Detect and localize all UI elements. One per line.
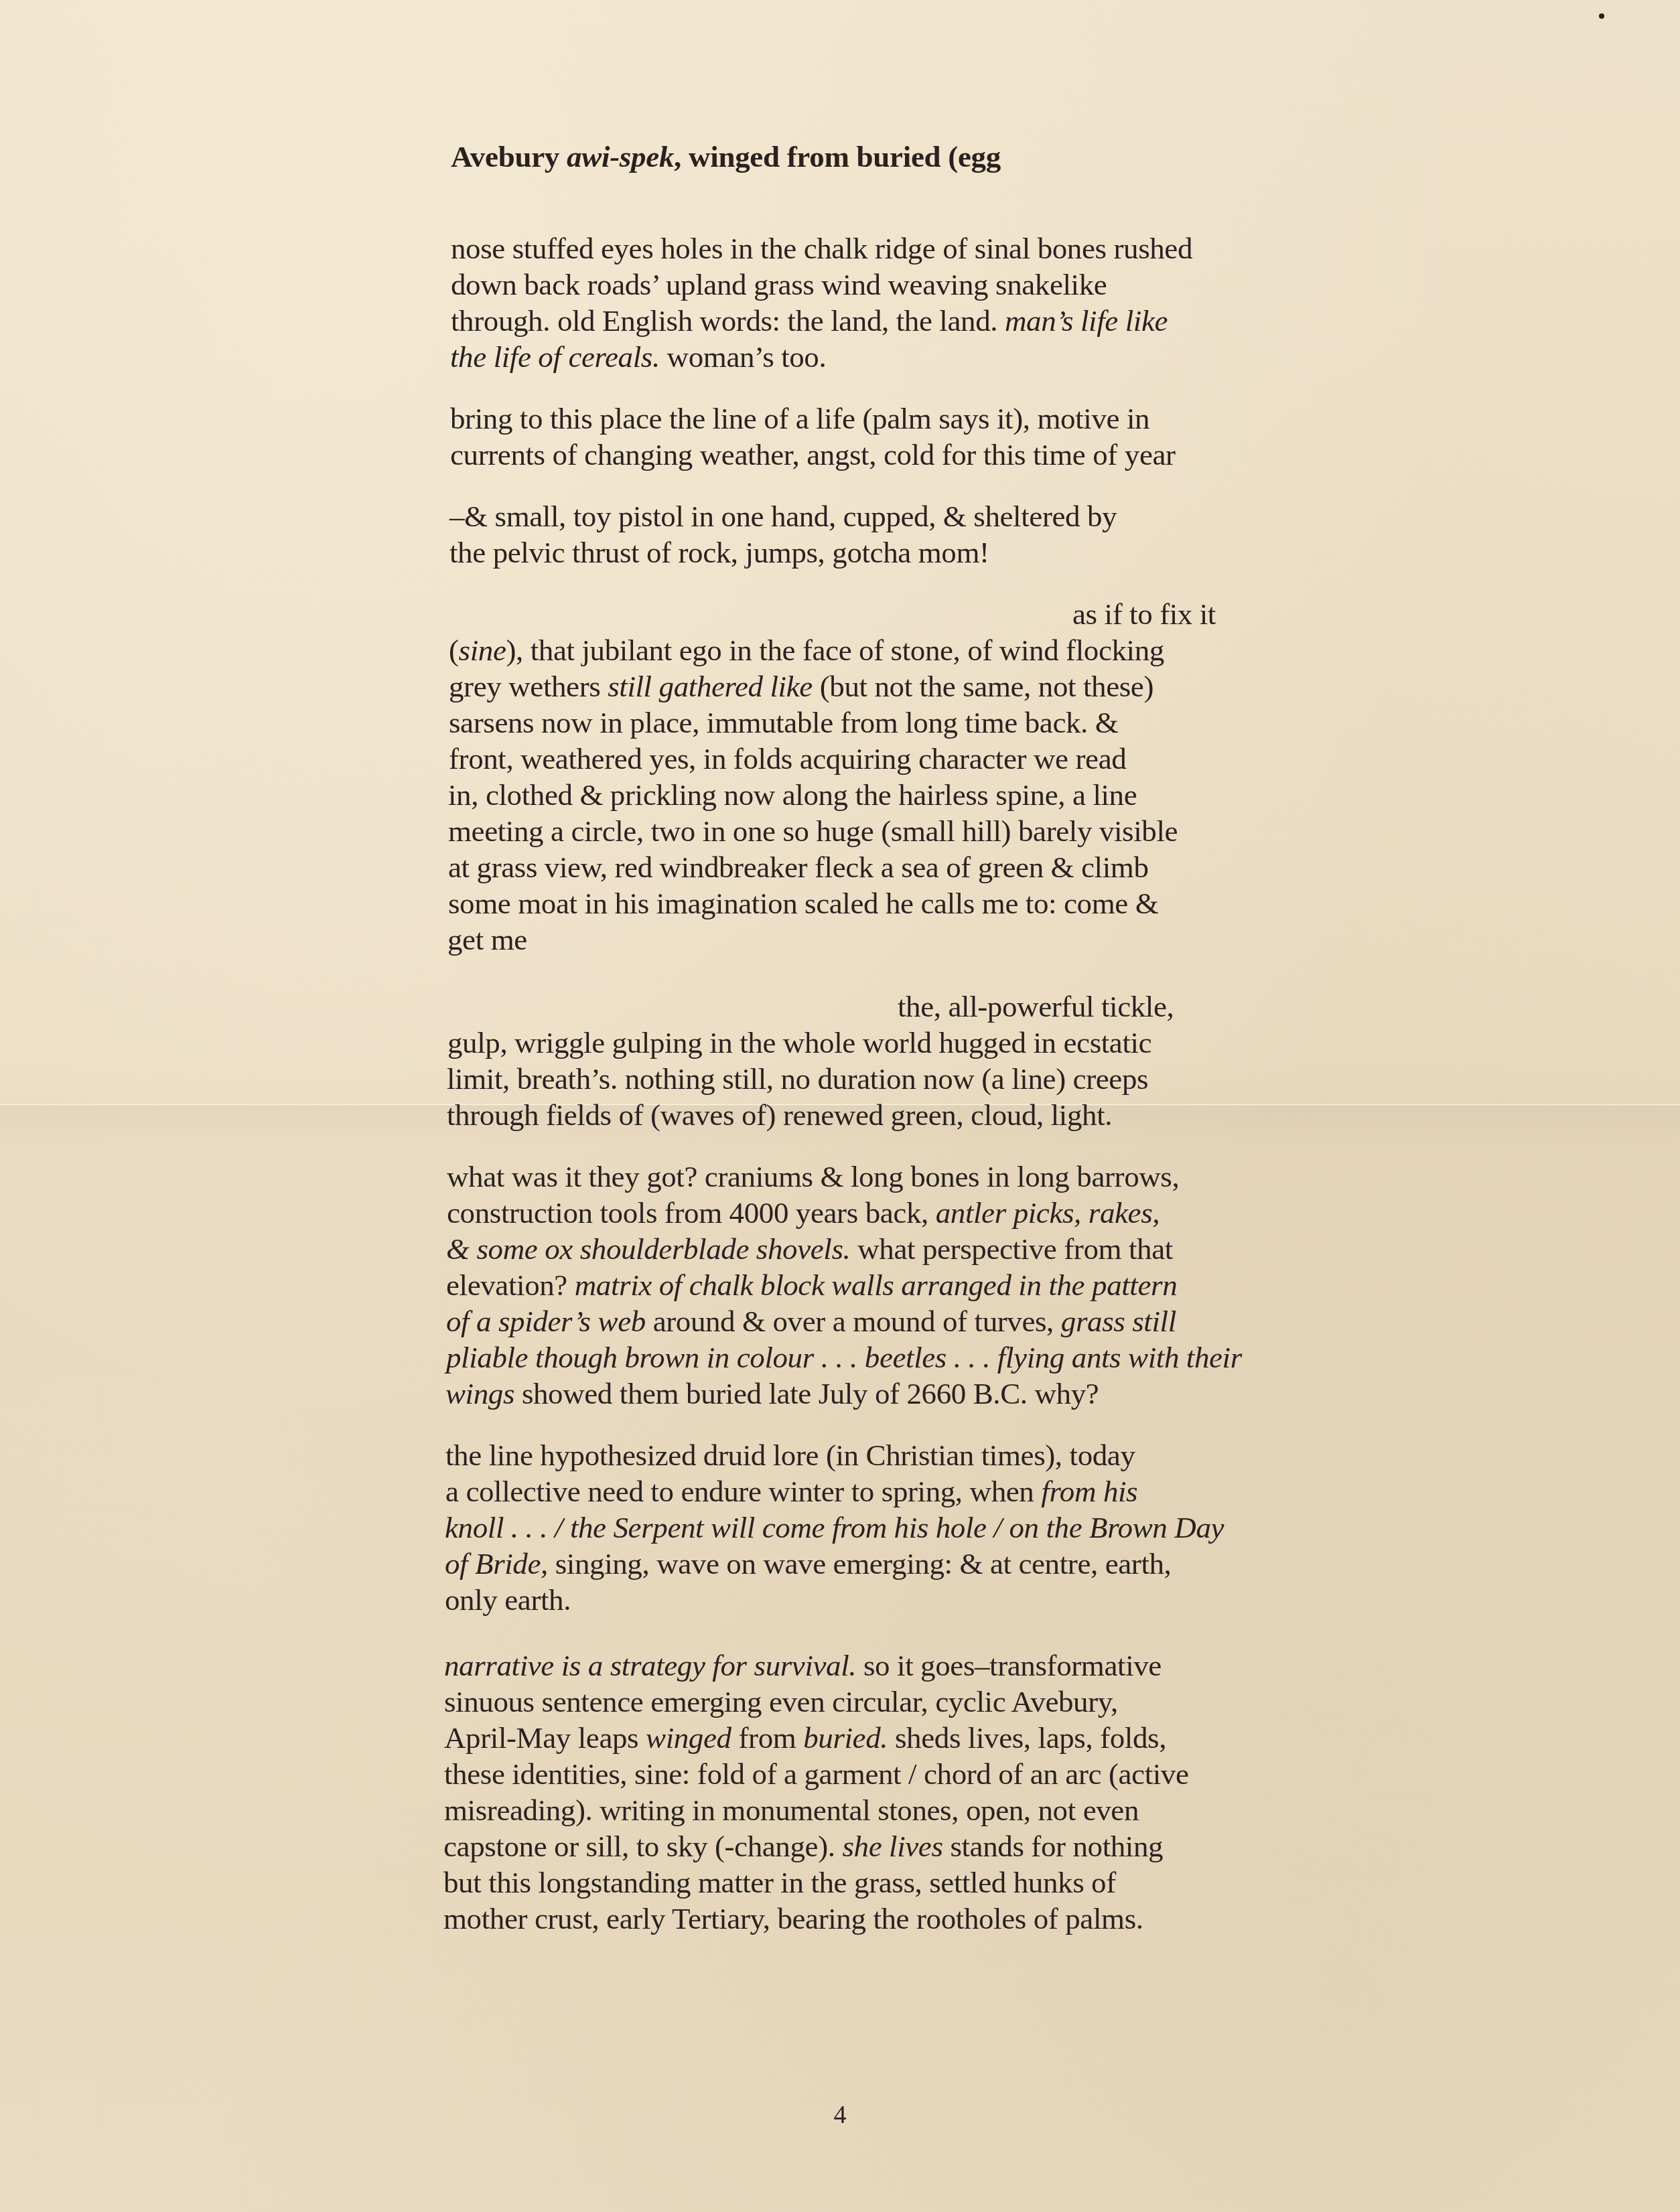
roman-text: so it goes–transformative [856, 1649, 1162, 1682]
poem-line: sarsens now in place, immutable from lon… [449, 705, 1118, 741]
roman-text: but this longstanding matter in the gras… [443, 1866, 1116, 1899]
poem-line: wings showed them buried late July of 26… [445, 1376, 1099, 1412]
roman-text: limit, breath’s. nothing still, no durat… [447, 1062, 1148, 1096]
poem-line: pliable though brown in colour . . . bee… [446, 1339, 1242, 1376]
italic-text: still gathered like [608, 670, 813, 703]
roman-text: around & over a mound of turves, [646, 1305, 1061, 1338]
poem-line: mother crust, early Tertiary, bearing th… [443, 1901, 1143, 1937]
roman-text: bring to this place the line of a life (… [450, 402, 1149, 435]
poem-line: of Bride, singing, wave on wave emerging… [445, 1546, 1171, 1582]
poem-line: these identities, sine: fold of a garmen… [444, 1756, 1189, 1792]
roman-text: from [731, 1721, 804, 1755]
poem-line: grey wethers still gathered like (but no… [449, 668, 1153, 705]
italic-text: wings [445, 1377, 514, 1410]
italic-text: of Bride, [445, 1547, 548, 1580]
roman-text: sinuous sentence emerging even circular,… [444, 1685, 1118, 1718]
italic-text: narrative is a strategy for survival. [444, 1649, 856, 1682]
italic-text: the life of cereals. [450, 340, 660, 374]
italic-text: of a spider’s web [446, 1305, 646, 1338]
roman-text: singing, wave on wave emerging: & at cen… [548, 1547, 1172, 1580]
roman-text: what was it they got? craniums & long bo… [447, 1160, 1179, 1193]
roman-text: only earth. [445, 1583, 571, 1617]
poem-line: what was it they got? craniums & long bo… [447, 1159, 1179, 1195]
roman-text: the, all-powerful tickle, [898, 990, 1174, 1023]
roman-text: down back roads’ upland grass wind weavi… [451, 268, 1107, 301]
roman-text: showed them buried late July of 2660 B.C… [514, 1377, 1099, 1410]
poem-line: the pelvic thrust of rock, jumps, gotcha… [449, 534, 989, 571]
poem-line: the life of cereals. woman’s too. [450, 339, 826, 375]
roman-text: (but not the same, not these) [813, 670, 1153, 703]
roman-text: misreading). writing in monumental stone… [444, 1793, 1139, 1827]
poem-line: only earth. [445, 1582, 571, 1618]
poem-line: capstone or sill, to sky (-change). she … [443, 1828, 1163, 1864]
roman-text: through. old English words: the land, th… [451, 304, 1005, 338]
roman-text: get me [447, 923, 527, 956]
poem-line: gulp, wriggle gulping in the whole world… [447, 1025, 1151, 1061]
roman-text: in, clothed & prickling now along the ha… [448, 778, 1137, 812]
roman-text: the line hypothesized druid lore (in Chr… [445, 1439, 1135, 1472]
roman-text: sheds lives, laps, folds, [888, 1721, 1166, 1755]
roman-text: as if to fix it [1072, 597, 1216, 631]
poem-line: construction tools from 4000 years back,… [447, 1195, 1160, 1231]
poem-line: (sine), that jubilant ego in the face of… [449, 632, 1164, 668]
poem-body: nose stuffed eyes holes in the chalk rid… [0, 0, 1680, 2212]
poem-line: front, weathered yes, in folds acquiring… [449, 741, 1126, 777]
roman-text: capstone or sill, to sky (-change). [443, 1830, 842, 1863]
roman-text: gulp, wriggle gulping in the whole world… [447, 1026, 1151, 1059]
italic-text: pliable though brown in colour . . . bee… [446, 1341, 1242, 1374]
poem-line: knoll . . . / the Serpent will come from… [445, 1509, 1224, 1546]
roman-text: at grass view, red windbreaker fleck a s… [448, 851, 1149, 884]
italic-text: & some ox shoulderblade shovels. [446, 1232, 850, 1266]
poem-line: misreading). writing in monumental stone… [444, 1792, 1139, 1828]
poem-line: through. old English words: the land, th… [451, 303, 1168, 339]
poem-line: the, all-powerful tickle, [898, 988, 1174, 1025]
roman-text: currents of changing weather, angst, col… [450, 438, 1176, 471]
poem-line: the line hypothesized druid lore (in Chr… [445, 1437, 1135, 1473]
roman-text: ( [449, 634, 459, 667]
roman-text: woman’s too. [660, 340, 827, 374]
poem-line: of a spider’s web around & over a mound … [446, 1303, 1176, 1339]
poem-line: elevation? matrix of chalk block walls a… [446, 1267, 1177, 1303]
roman-text: sarsens now in place, immutable from lon… [449, 706, 1118, 739]
poem-line: limit, breath’s. nothing still, no durat… [447, 1061, 1148, 1097]
roman-text: April-May leaps [444, 1721, 646, 1755]
italic-text: matrix of chalk block walls arranged in … [575, 1268, 1178, 1302]
roman-text: what perspective from that [850, 1232, 1173, 1266]
roman-text: elevation? [446, 1268, 575, 1302]
roman-text: nose stuffed eyes holes in the chalk rid… [451, 232, 1192, 265]
roman-text: some moat in his imagination scaled he c… [448, 887, 1158, 920]
italic-text: knoll . . . / the Serpent will come from… [445, 1511, 1224, 1544]
poem-line: get me [447, 921, 527, 958]
roman-text: grey wethers [449, 670, 608, 703]
poem-line: at grass view, red windbreaker fleck a s… [448, 849, 1149, 885]
roman-text: mother crust, early Tertiary, bearing th… [443, 1902, 1143, 1935]
roman-text: through fields of (waves of) renewed gre… [447, 1098, 1112, 1132]
poem-line: down back roads’ upland grass wind weavi… [451, 267, 1107, 303]
italic-text: man’s life like [1005, 304, 1168, 338]
italic-text: antler picks, rakes, [936, 1196, 1160, 1230]
poem-line: bring to this place the line of a life (… [450, 400, 1149, 437]
roman-text: these identities, sine: fold of a garmen… [444, 1757, 1189, 1791]
roman-text: the pelvic thrust of rock, jumps, gotcha… [449, 536, 989, 569]
poem-line: & some ox shoulderblade shovels. what pe… [446, 1231, 1173, 1267]
roman-text: front, weathered yes, in folds acquiring… [449, 742, 1126, 776]
poem-line: nose stuffed eyes holes in the chalk rid… [451, 230, 1192, 267]
italic-text: from his [1041, 1475, 1137, 1508]
italic-text: winged [646, 1721, 731, 1755]
poem-line: but this longstanding matter in the gras… [443, 1864, 1116, 1901]
roman-text: stands for nothing [943, 1830, 1164, 1863]
italic-text: sine [459, 634, 506, 667]
italic-text: buried. [803, 1721, 888, 1755]
page-number: 4 [834, 2100, 847, 2130]
poem-line: a collective need to endure winter to sp… [445, 1473, 1137, 1509]
roman-text: ), that jubilant ego in the face of ston… [506, 634, 1164, 667]
poem-line: meeting a circle, two in one so huge (sm… [448, 813, 1178, 849]
poem-line: in, clothed & prickling now along the ha… [448, 777, 1137, 813]
poem-line: currents of changing weather, angst, col… [450, 437, 1176, 473]
italic-text: grass still [1061, 1305, 1176, 1338]
poem-line: narrative is a strategy for survival. so… [444, 1647, 1162, 1684]
roman-text: a collective need to endure winter to sp… [445, 1475, 1041, 1508]
roman-text: –& small, toy pistol in one hand, cupped… [449, 500, 1117, 533]
roman-text: meeting a circle, two in one so huge (sm… [448, 814, 1178, 848]
roman-text: construction tools from 4000 years back, [447, 1196, 936, 1230]
poem-line: through fields of (waves of) renewed gre… [447, 1097, 1112, 1133]
italic-text: she lives [842, 1830, 942, 1863]
poem-line: some moat in his imagination scaled he c… [448, 885, 1158, 921]
poem-line: as if to fix it [1072, 596, 1216, 632]
poem-line: sinuous sentence emerging even circular,… [444, 1684, 1118, 1720]
poem-line: April-May leaps winged from buried. shed… [444, 1720, 1166, 1756]
poem-line: –& small, toy pistol in one hand, cupped… [449, 498, 1117, 534]
